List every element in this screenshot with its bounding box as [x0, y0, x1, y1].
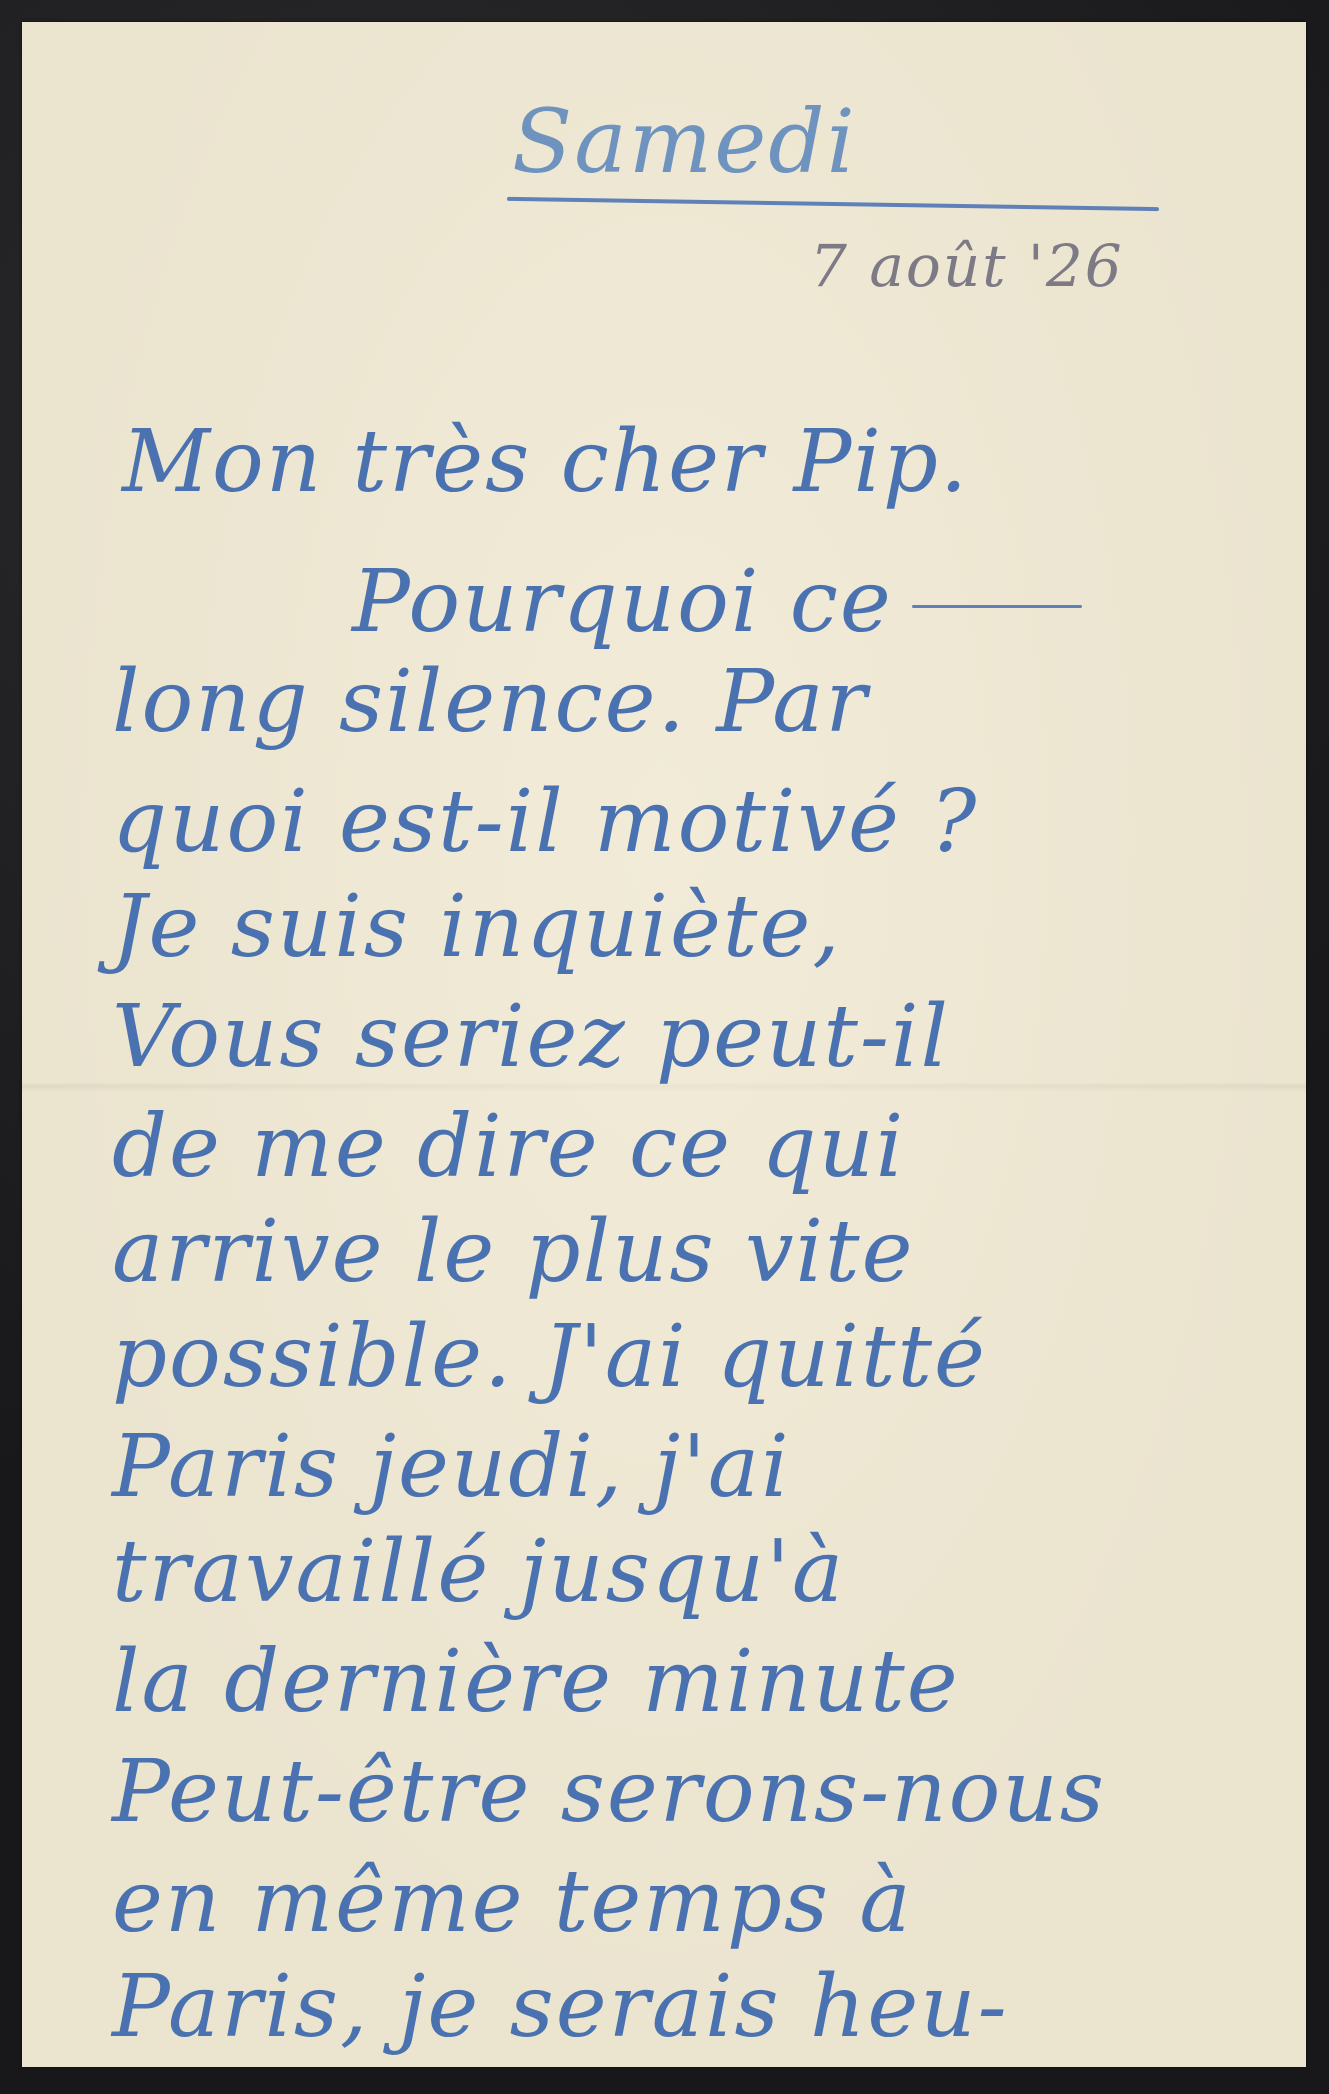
body-line: possible. J'ai quitté: [112, 1307, 987, 1407]
body-line: Vous seriez peut-il: [112, 987, 950, 1087]
letter-date: 7 août '26: [810, 232, 1124, 300]
body-line: Pourquoi ce: [352, 552, 893, 652]
body-line: travaillé jusqu'à: [112, 1522, 845, 1622]
body-line: Peut-être serons-nous: [112, 1742, 1106, 1842]
letter-day: Samedi: [512, 90, 857, 193]
body-line: de me dire ce qui: [112, 1097, 905, 1197]
body-line: Paris jeudi, j'ai: [112, 1417, 791, 1517]
body-line: long silence. Par: [112, 652, 869, 752]
body-line: arrive le plus vite: [112, 1202, 915, 1302]
body-line: Paris, je serais heu-: [112, 1957, 1009, 2057]
body-line: Je suis inquiète,: [112, 877, 842, 977]
day-underline: [507, 197, 1159, 211]
flourish-stroke: [912, 605, 1082, 608]
body-line: la dernière minute: [112, 1632, 960, 1732]
salutation: Mon très cher Pip.: [122, 412, 969, 512]
letter-page: Samedi 7 août '26 Mon très cher Pip. Pou…: [22, 22, 1306, 2067]
body-line: en même temps à: [112, 1852, 913, 1952]
body-line: quoi est-il motivé ?: [112, 772, 978, 872]
